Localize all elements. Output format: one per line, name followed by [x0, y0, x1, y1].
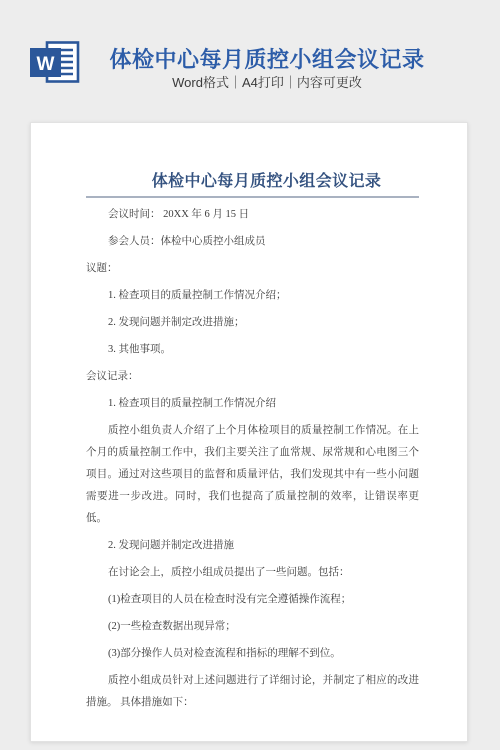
document-page: 体检中心每月质控小组会议记录 会议时间： 20XX 年 6 月 15 日 参会人…: [30, 122, 468, 742]
topics-label: 议题：: [86, 258, 419, 280]
topic-item: 3. 其他事项。: [86, 339, 419, 361]
minutes-label: 会议记录：: [86, 366, 419, 388]
topic-item: 2. 发现问题并制定改进措施；: [86, 312, 419, 334]
meeting-time-line: 会议时间： 20XX 年 6 月 15 日: [86, 204, 419, 226]
section2-conclusion: 质控小组成员针对上述问题进行了详细讨论，并制定了相应的改进措施。 具体措施如下：: [86, 670, 419, 714]
issue-item: (2)一些检查数据出现异常；: [86, 616, 419, 638]
header: W 体检中心每月质控小组会议记录 Word格式｜A4打印｜内容可更改: [0, 0, 500, 122]
issue-item: (1)检查项目的人员在检查时没有完全遵循操作流程；: [86, 589, 419, 611]
word-template-preview: W 体检中心每月质控小组会议记录 Word格式｜A4打印｜内容可更改 体检中心每…: [0, 0, 500, 750]
topic-item: 1. 检查项目的质量控制工作情况介绍；: [86, 285, 419, 307]
title-divider: [86, 196, 419, 198]
page-title: 体检中心每月质控小组会议记录: [34, 47, 500, 72]
section1-body: 质控小组负责人介绍了上个月体检项目的质量控制工作情况。在上个月的质量控制工作中，…: [86, 420, 419, 530]
section2-heading: 2. 发现问题并制定改进措施: [86, 535, 419, 557]
participants-line: 参会人员：体检中心质控小组成员: [86, 231, 419, 253]
page-subtitle: Word格式｜A4打印｜内容可更改: [34, 75, 500, 90]
section2-intro: 在讨论会上，质控小组成员提出了一些问题。包括：: [86, 562, 419, 584]
document-title: 体检中心每月质控小组会议记录: [100, 171, 433, 193]
section1-heading: 1. 检查项目的质量控制工作情况介绍: [86, 393, 419, 415]
issue-item: (3)部分操作人员对检查流程和指标的理解不到位。: [86, 643, 419, 665]
